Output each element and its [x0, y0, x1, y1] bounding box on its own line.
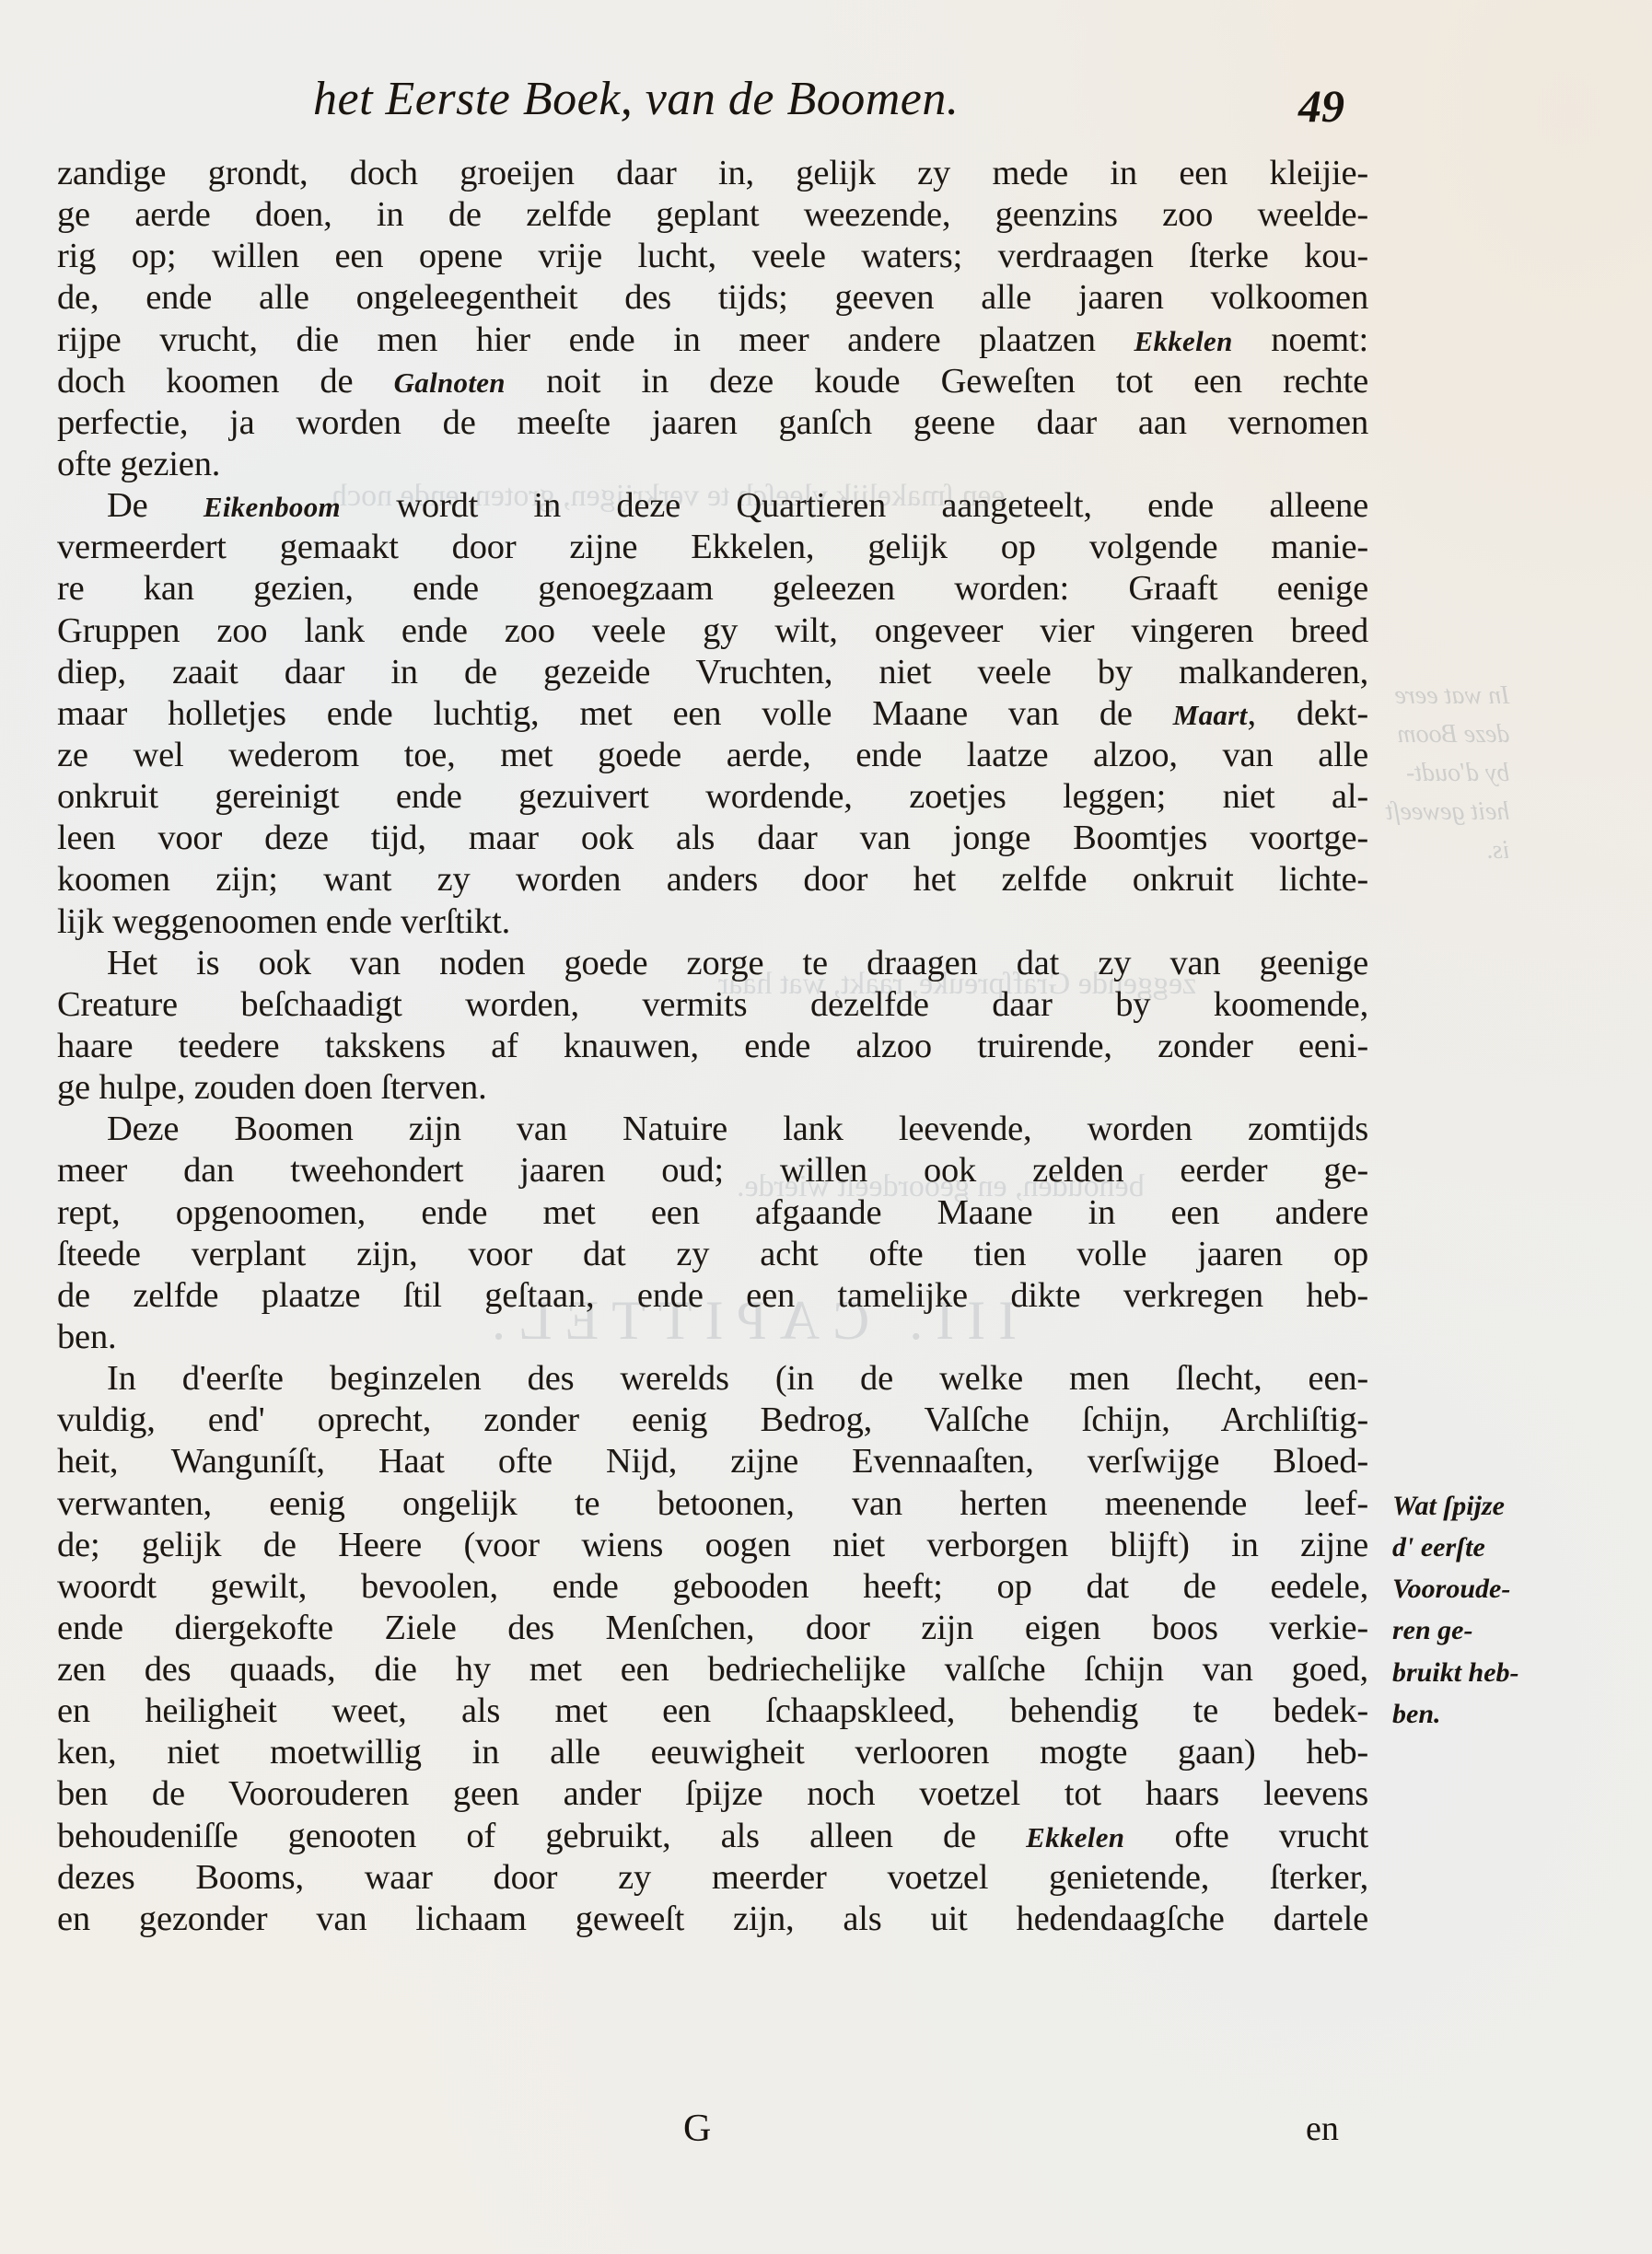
text-line: ge hulpe, zouden doen ſterven.	[57, 1067, 1368, 1109]
margin-note-line: ren ge-	[1392, 1609, 1576, 1651]
text-line: re kan gezien, ende genoegzaam geleezen …	[57, 568, 1368, 610]
text-segment: wordt in deze Quartieren aangeteelt, end…	[341, 486, 1368, 525]
text-segment: rijpe vrucht, die men hier ende in meer …	[57, 320, 1134, 359]
page-number: 49	[1298, 79, 1344, 133]
bleed-through-margin-note: In wat eere deze Boom by d'oudt- heit ge…	[1386, 677, 1510, 870]
margin-note-line: d' eerſte	[1392, 1527, 1576, 1568]
text-line: perfectie, ja worden de meeſte jaaren ga…	[57, 402, 1368, 444]
margin-note-line: ben.	[1392, 1693, 1576, 1735]
text-line: vermeerdert gemaakt door zijne Ekkelen, …	[57, 527, 1368, 568]
text-line: ofte gezien.	[57, 444, 1368, 485]
text-line: rig op; willen een opene vrije lucht, ve…	[57, 236, 1368, 277]
text-line: en heiligheit weet, als met een ſchaapsk…	[57, 1690, 1368, 1732]
italic-term: Maart	[1173, 699, 1248, 731]
text-line: ende diergekofte Ziele des Menſchen, doo…	[57, 1608, 1368, 1649]
text-line: verwanten, eenig ongelijk te betoonen, v…	[57, 1483, 1368, 1525]
text-line: meer dan tweehondert jaaren oud; willen …	[57, 1150, 1368, 1191]
italic-term: Eikenboom	[204, 491, 341, 523]
text-line: Deze Boomen zijn van Natuire lank leeven…	[57, 1109, 1368, 1150]
text-line: zandige grondt, doch groeijen daar in, g…	[57, 153, 1368, 194]
text-line: en gezonder van lichaam geweeſt zijn, al…	[57, 1899, 1368, 1940]
text-line: behoudeniſſe genooten of gebruikt, als a…	[57, 1816, 1368, 1857]
text-line: vuldig, end' oprecht, zonder eenig Bedro…	[57, 1400, 1368, 1441]
text-line: De Eikenboom wordt in deze Quartieren aa…	[57, 485, 1368, 527]
text-segment: noit in deze koude Geweſten tot een rech…	[506, 362, 1368, 401]
text-line: de; gelijk de Heere (voor wiens oogen ni…	[57, 1525, 1368, 1566]
signature-mark: G	[683, 2107, 711, 2151]
margin-note-line: Wat ſpijze	[1392, 1485, 1576, 1527]
text-line: zen des quaads, die hy met een bedrieche…	[57, 1649, 1368, 1690]
body-text: zandige grondt, doch groeijen daar in, g…	[57, 153, 1368, 1940]
text-segment: De	[107, 486, 204, 525]
text-line: haare teedere takskens af knauwen, ende …	[57, 1026, 1368, 1067]
text-line: Gruppen zoo lank ende zoo veele gy wilt,…	[57, 610, 1368, 652]
text-segment: , dekt-	[1248, 694, 1368, 733]
text-segment: doch koomen de	[57, 362, 394, 401]
text-segment: maar holletjes ende luchtig, met een vol…	[57, 694, 1173, 733]
text-line: ben de Voorouderen geen ander ſpijze noc…	[57, 1773, 1368, 1815]
margin-note: Wat ſpijzed' eerſteVooroude-ren ge-bruik…	[1392, 1485, 1576, 1735]
text-line: diep, zaait daar in de gezeide Vruchten,…	[57, 652, 1368, 693]
text-segment: behoudeniſſe genooten of gebruikt, als a…	[57, 1817, 1026, 1855]
catchword: en	[1306, 2109, 1339, 2149]
text-line: de, ende alle ongeleegentheit des tijds;…	[57, 277, 1368, 319]
italic-term: Ekkelen	[1134, 325, 1232, 357]
text-line: doch koomen de Galnoten noit in deze kou…	[57, 361, 1368, 402]
text-line: ze wel wederom toe, met goede aerde, end…	[57, 735, 1368, 776]
running-head: het Eerste Boek, van de Boomen.	[313, 72, 959, 126]
text-line: Creature beſchaadigt worden, vermits dez…	[57, 984, 1368, 1026]
text-line: Het is ook van noden goede zorge te draa…	[57, 943, 1368, 984]
margin-note-line: Vooroude-	[1392, 1568, 1576, 1609]
text-line: leen voor deze tijd, maar ook als daar v…	[57, 818, 1368, 859]
text-segment: noemt:	[1233, 320, 1368, 359]
text-line: de zelfde plaatze ſtil geſtaan, ende een…	[57, 1275, 1368, 1317]
text-line: maar holletjes ende luchtig, met een vol…	[57, 693, 1368, 735]
text-line: ken, niet moetwillig in alle eeuwigheit …	[57, 1732, 1368, 1773]
text-segment: ofte vrucht	[1124, 1817, 1368, 1855]
text-line: heit, Wanguníſt, Haat ofte Nijd, zijne E…	[57, 1441, 1368, 1482]
text-line: ben.	[57, 1317, 1368, 1358]
text-line: dezes Booms, waar door zy meerder voetze…	[57, 1857, 1368, 1899]
text-line: rept, opgenoomen, ende met een afgaande …	[57, 1192, 1368, 1234]
text-line: onkruit gereinigt ende gezuivert wordend…	[57, 776, 1368, 818]
italic-term: Galnoten	[394, 366, 506, 399]
text-line: In d'eerſte beginzelen des werelds (in d…	[57, 1358, 1368, 1400]
margin-note-line: bruikt heb-	[1392, 1652, 1576, 1693]
text-line: lijk weggenoomen ende verſtikt.	[57, 901, 1368, 943]
text-line: woordt gewilt, bevoolen, ende gebooden h…	[57, 1566, 1368, 1608]
text-line: ſteede verplant zijn, voor dat zy acht o…	[57, 1234, 1368, 1275]
text-line: rijpe vrucht, die men hier ende in meer …	[57, 320, 1368, 361]
text-line: ge aerde doen, in de zelfde geplant weez…	[57, 194, 1368, 236]
text-line: koomen zijn; want zy worden anders door …	[57, 859, 1368, 900]
italic-term: Ekkelen	[1026, 1821, 1124, 1853]
